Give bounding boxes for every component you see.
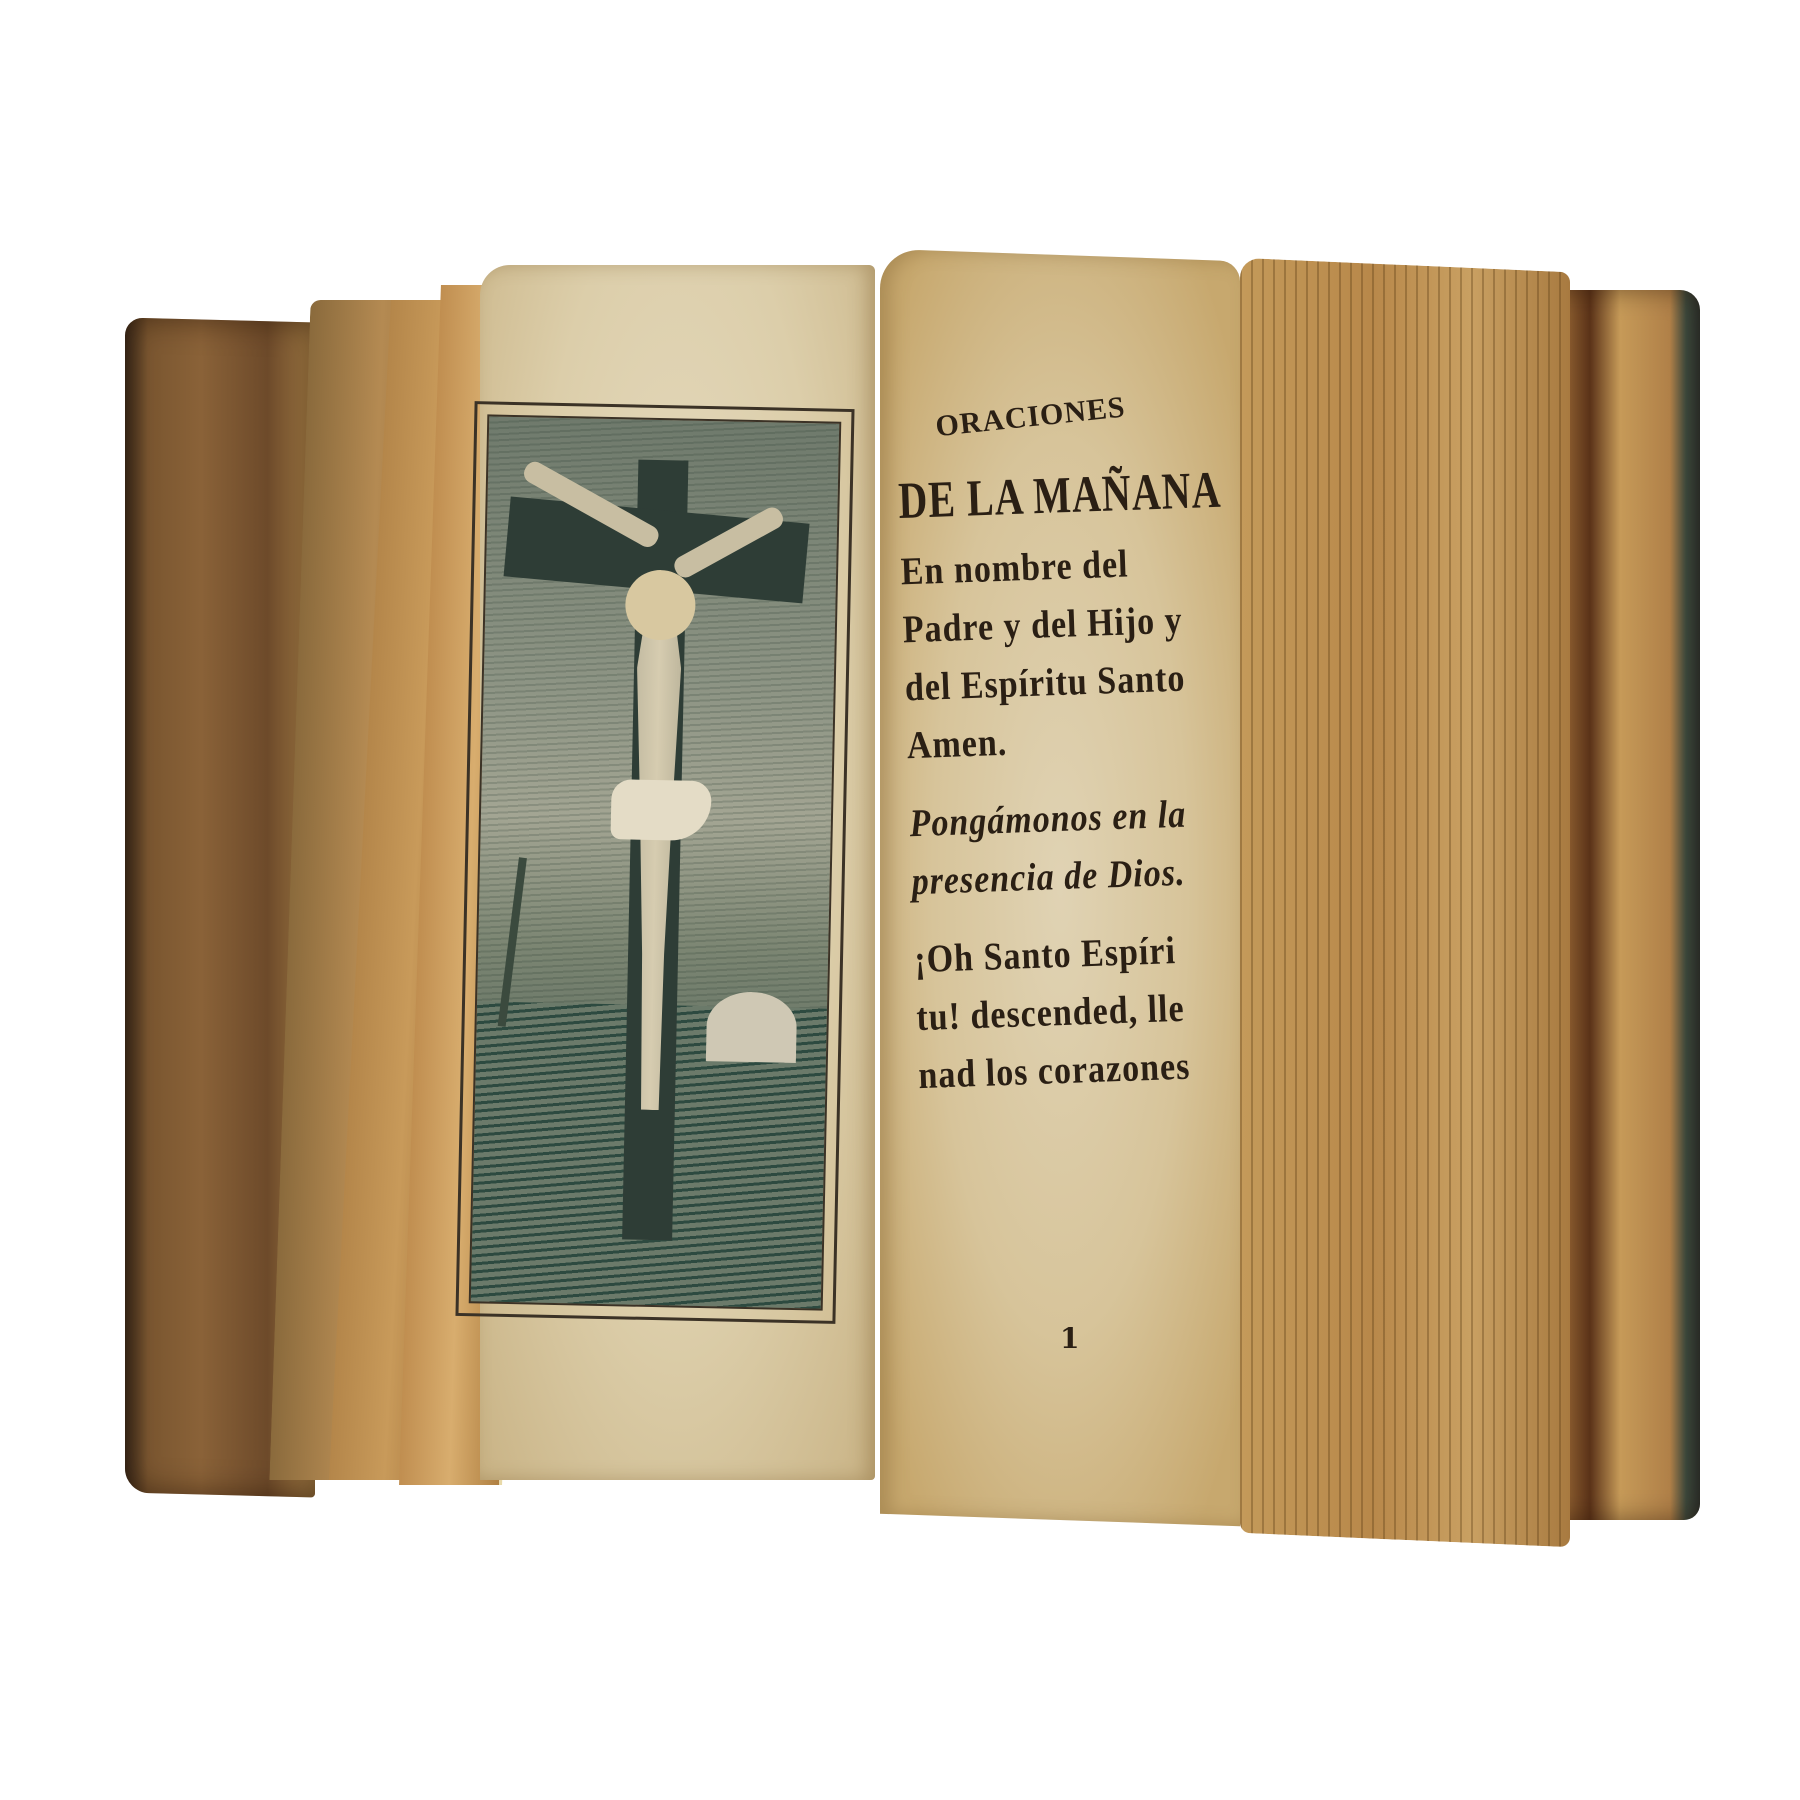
crucifixion-engraving (469, 414, 842, 1310)
text-line: presencia de Dios. (911, 841, 1153, 916)
prayer-text: ORACIONES DE LA MAÑANA En nombre del Pad… (895, 397, 1159, 1106)
heading-line-2: DE LA MAÑANA (897, 462, 1139, 531)
page-number: 1 (1060, 1322, 1079, 1355)
book-photo: ORACIONES DE LA MAÑANA En nombre del Pad… (0, 0, 1800, 1800)
engraving-frame (455, 401, 854, 1324)
loincloth (610, 779, 711, 841)
text-line: nad los corazones (917, 1035, 1159, 1110)
domed-building-icon (706, 991, 797, 1063)
text-line: Amen. (906, 705, 1148, 780)
page-block-edge (1240, 258, 1570, 1547)
halo-icon (625, 569, 696, 640)
